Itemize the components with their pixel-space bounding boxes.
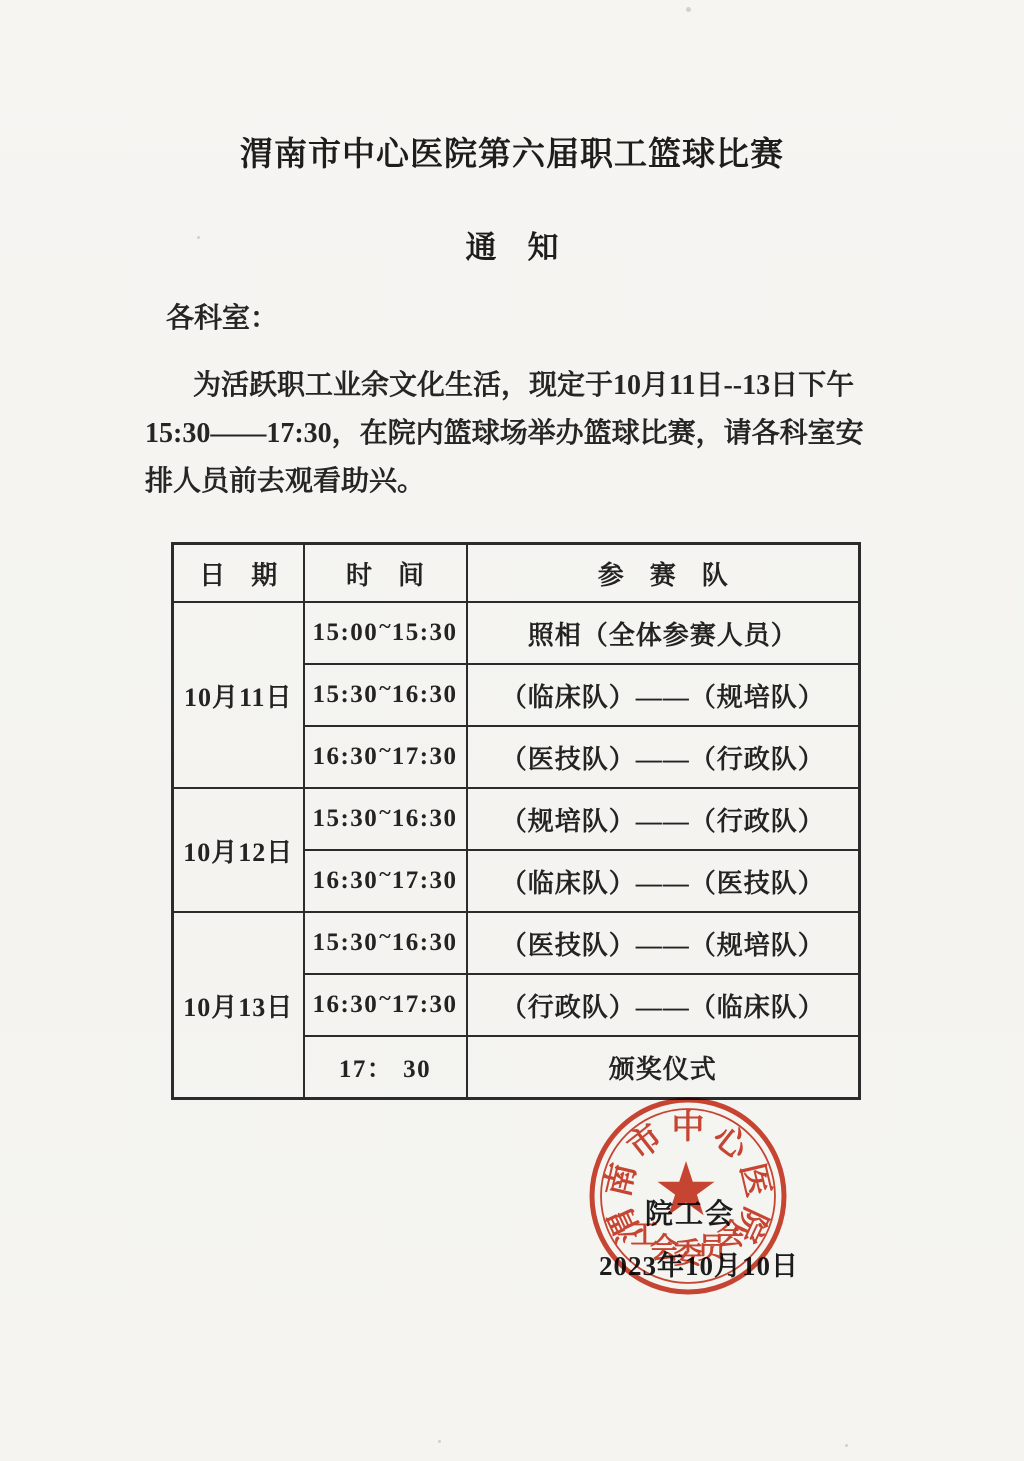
tilde-separator: ~ — [379, 799, 390, 825]
salutation: 各科室： — [166, 296, 278, 336]
paragraph-line: 15:30——17:30，在院内篮球场举办篮球比赛，请各科室安 — [145, 410, 890, 458]
scan-speck — [686, 7, 691, 12]
table-row: 10月11日 15:00~15:30 照相（全体参赛人员） — [173, 602, 860, 664]
header-time: 时 间 — [304, 544, 467, 603]
body-paragraph: 为活跃职工业余文化生活，现定于10月11日--13日下午 15:30——17:3… — [145, 362, 890, 506]
time-start: 16:30 — [312, 743, 378, 770]
header-teams: 参 赛 队 — [467, 544, 860, 603]
scan-speck — [712, 571, 715, 574]
time-cell: 15:30~16:30 — [304, 788, 467, 850]
teams-cell: 照相（全体参赛人员） — [467, 602, 860, 664]
time-start: 15:30 — [312, 681, 378, 708]
teams-cell: （医技队）——（规培队） — [467, 912, 860, 974]
notice-page: 渭南市中心医院第六届职工篮球比赛 通 知 各科室： 为活跃职工业余文化生活，现定… — [0, 0, 1024, 1461]
tilde-separator: ~ — [379, 737, 390, 763]
time-end: 16:30 — [392, 681, 458, 708]
scan-speck — [197, 236, 200, 239]
tilde-separator: ~ — [379, 613, 390, 639]
time-end: 16:30 — [392, 929, 458, 956]
date-cell: 10月12日 — [173, 788, 304, 912]
teams-cell: （临床队）——（规培队） — [467, 664, 860, 726]
document-title: 渭南市中心医院第六届职工篮球比赛 — [0, 128, 1024, 175]
teams-cell: （医技队）——（行政队） — [467, 726, 860, 788]
time-start: 16:30 — [312, 867, 378, 894]
time-cell: 15:30~16:30 — [304, 664, 467, 726]
seal-arc-char: 心 — [706, 1118, 756, 1169]
time-end: 30 — [395, 1056, 431, 1083]
tilde-separator: ~ — [379, 923, 390, 949]
date-cell: 10月11日 — [173, 602, 304, 788]
seal-arc-char: 中 — [672, 1109, 705, 1146]
table-row: 10月12日 15:30~16:30 （规培队）——（行政队） — [173, 788, 860, 850]
seal-arc-char: 南 — [600, 1160, 644, 1201]
time-end: 15:30 — [392, 619, 458, 646]
teams-cell: （临床队）——（医技队） — [467, 850, 860, 912]
table-header-row: 日 期 时 间 参 赛 队 — [173, 544, 860, 603]
time-start: 17： — [339, 1056, 394, 1083]
time-end: 17:30 — [392, 991, 458, 1018]
seal-bottom-char: 会 — [717, 1218, 746, 1251]
teams-cell: （行政队）——（临床队） — [467, 974, 860, 1036]
teams-cell: （规培队）——（行政队） — [467, 788, 860, 850]
notice-heading: 通 知 — [0, 222, 1024, 267]
table-row: 10月13日 15:30~16:30 （医技队）——（规培队） — [173, 912, 860, 974]
seal-arc-char: 医 — [733, 1160, 776, 1200]
time-end: 16:30 — [392, 805, 458, 832]
time-start: 15:30 — [312, 929, 378, 956]
time-start: 16:30 — [312, 991, 378, 1018]
time-end: 17:30 — [392, 743, 458, 770]
time-cell: 16:30~17:30 — [304, 974, 467, 1036]
time-cell: 15:30~16:30 — [304, 912, 467, 974]
star-icon — [658, 1161, 715, 1215]
date-cell: 10月13日 — [173, 912, 304, 1099]
time-cell: 16:30~17:30 — [304, 850, 467, 912]
scan-speck — [845, 1444, 848, 1447]
official-seal: 渭 南 市 中 心 医 院 工 会 委 员 会 — [582, 1090, 794, 1302]
header-date: 日 期 — [173, 544, 304, 603]
time-start: 15:00 — [312, 619, 378, 646]
time-cell: 15:00~15:30 — [304, 602, 467, 664]
time-end: 17:30 — [392, 867, 458, 894]
seal-arc-char: 市 — [621, 1118, 670, 1167]
paragraph-line: 排人员前去观看助兴。 — [145, 458, 890, 506]
tilde-separator: ~ — [379, 985, 390, 1011]
time-start: 15:30 — [312, 805, 378, 832]
tilde-separator: ~ — [379, 861, 390, 887]
paragraph-line: 为活跃职工业余文化生活，现定于10月11日--13日下午 — [145, 362, 890, 410]
scan-speck — [438, 1440, 441, 1443]
tilde-separator: ~ — [379, 675, 390, 701]
time-cell: 16:30~17:30 — [304, 726, 467, 788]
time-cell: 17： 30 — [304, 1036, 467, 1099]
schedule-table: 日 期 时 间 参 赛 队 10月11日 15:00~15:30 照相（全体参赛… — [171, 542, 861, 1100]
